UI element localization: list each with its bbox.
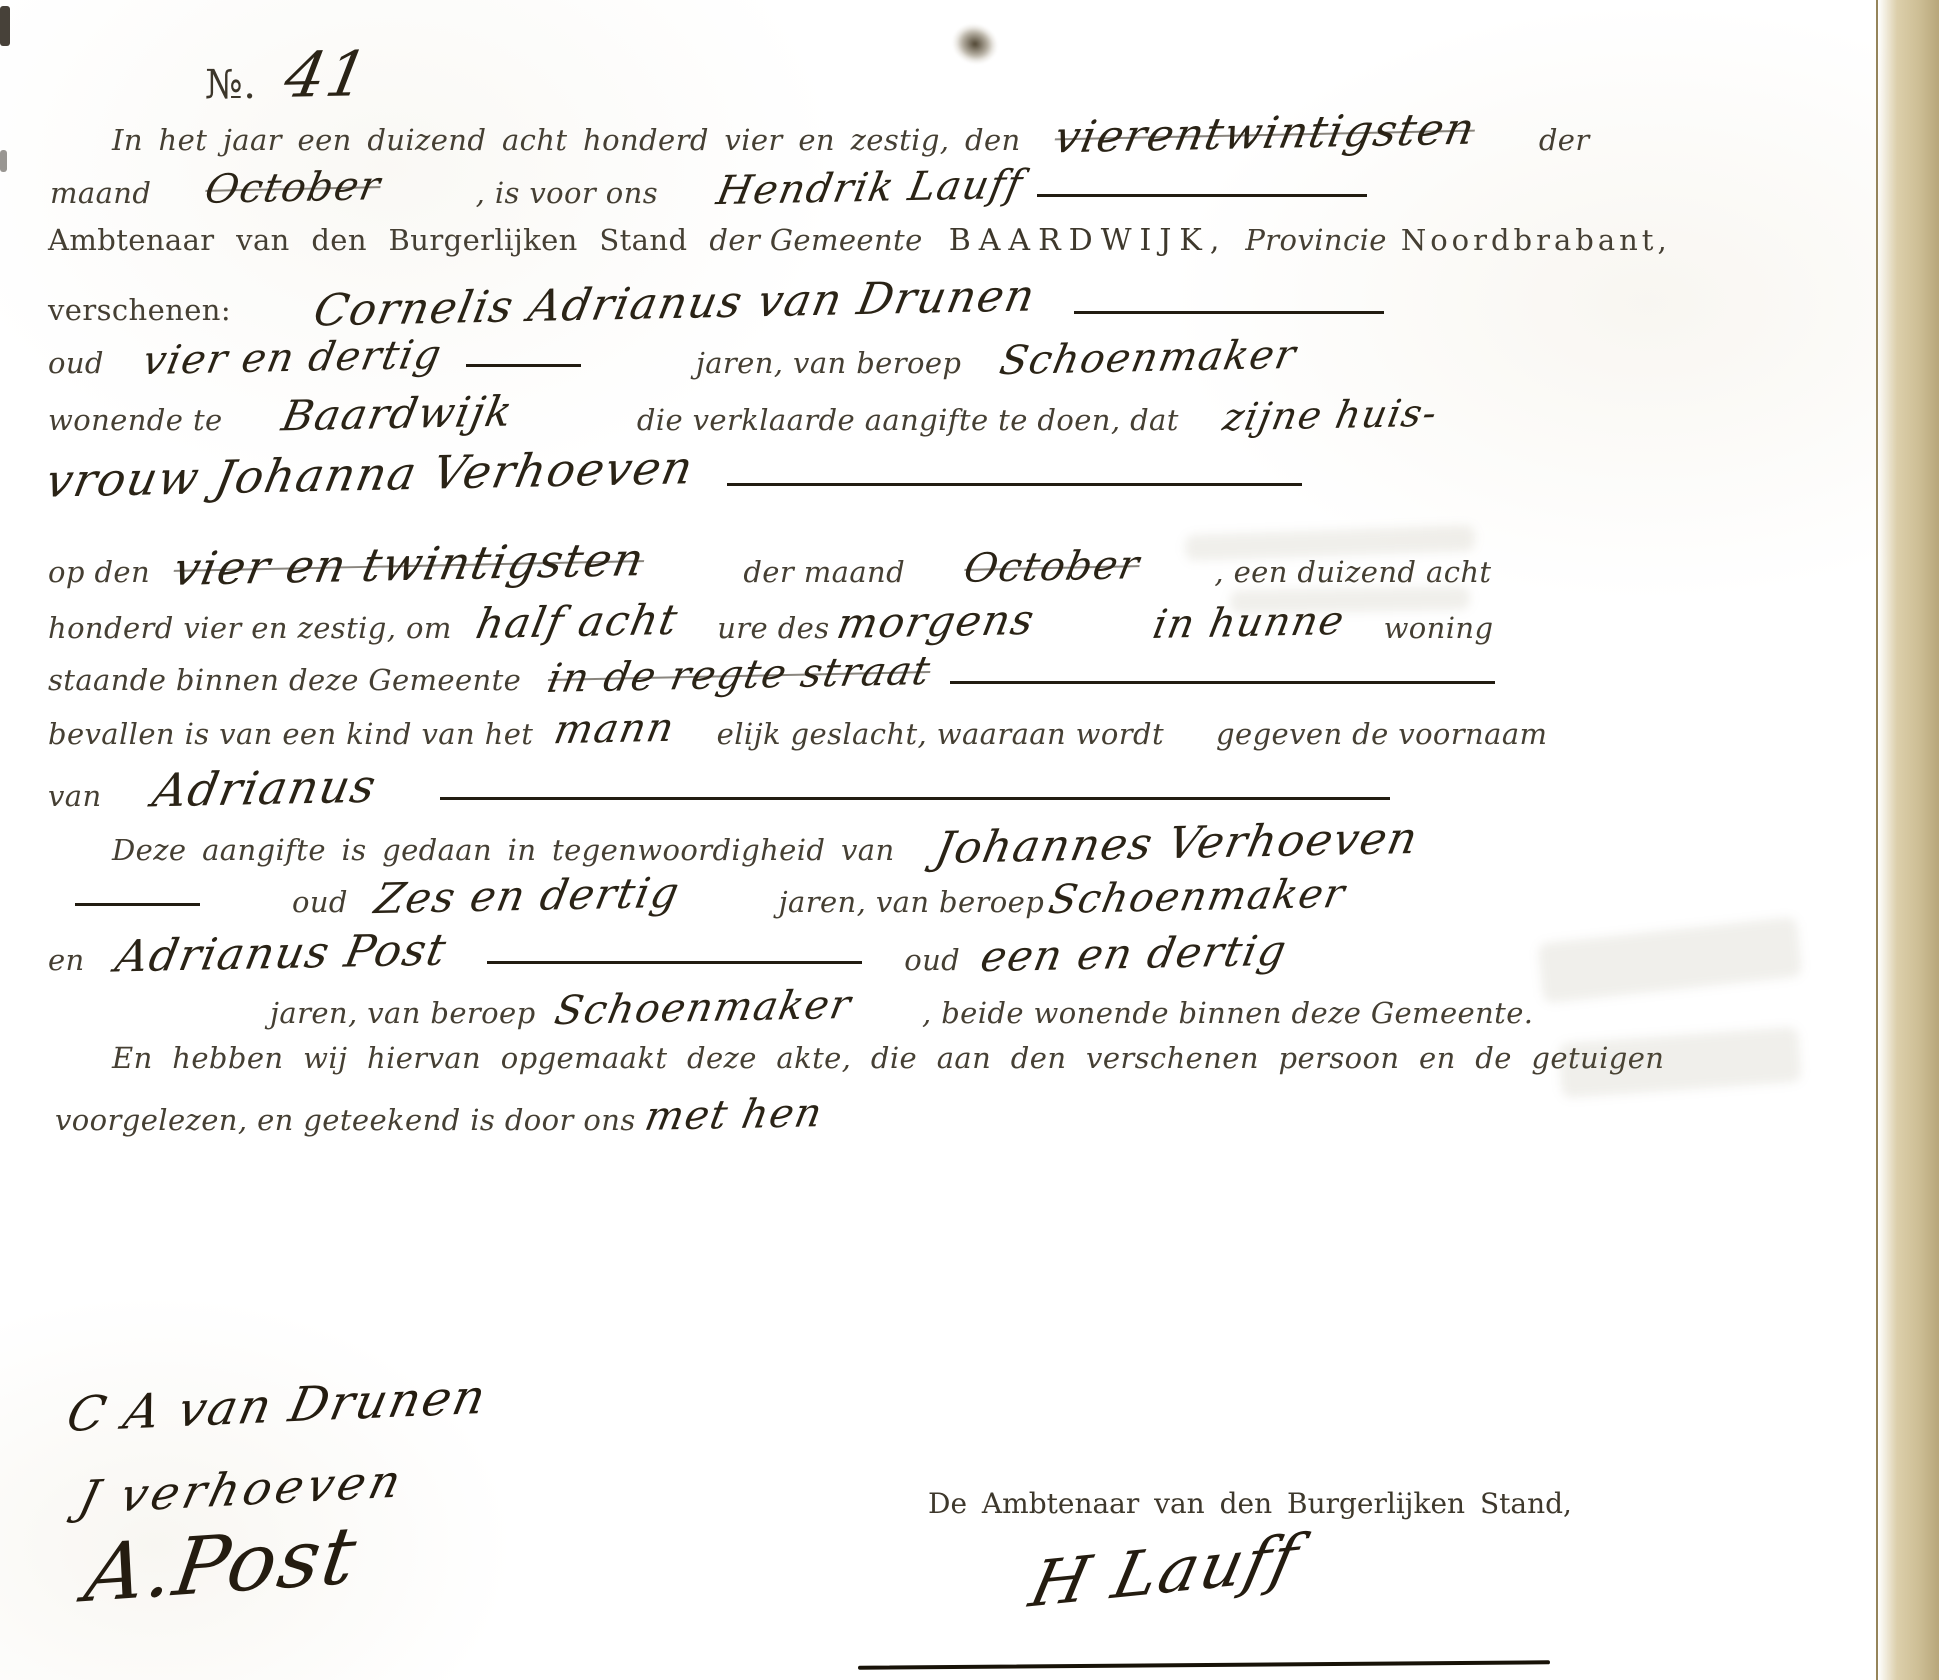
handwritten-age: vier en dertig — [138, 330, 446, 386]
printed-text: In het jaar een duizend acht honderd vie… — [112, 122, 1021, 158]
printed-text: jaren, van beroep — [779, 884, 1045, 920]
printed-text: Deze aangifte is gedaan in tegenwoordigh… — [112, 832, 895, 868]
handwritten-occupation: Schoenmaker — [996, 330, 1301, 386]
printed-text: oud — [904, 942, 960, 978]
line-witness1-age: oud Zes en dertig jaren, van beroep Scho… — [75, 872, 1345, 925]
line-month-registrar: maand October , is voor ons Hendrik Lauf… — [50, 165, 1367, 215]
line-child-gender: bevallen is van een kind van het mann el… — [48, 706, 1547, 756]
printed-text: wonende te — [48, 402, 223, 438]
line-municipality: Ambtenaar van den Burgerlijken Stand der… — [48, 222, 1671, 260]
printed-text: jaren, van beroep — [270, 995, 536, 1031]
bleed-through-smudge — [1230, 586, 1470, 614]
handwritten-witness1-name: Johannes Verhoeven — [930, 811, 1422, 876]
line-witness2-occupation: jaren, van beroep Schoenmaker , beide wo… — [270, 985, 1533, 1035]
printed-text: op den — [48, 554, 150, 590]
handwritten-mother-name: vrouw Johanna Verhoeven — [41, 439, 699, 510]
printed-text: van — [48, 778, 102, 814]
printed-text: oud — [292, 884, 348, 920]
printed-text: der Gemeente — [709, 222, 922, 258]
handwritten-child-name: Adrianus — [148, 758, 382, 820]
line-witness2-name-age: en Adrianus Post oud een en dertig — [48, 928, 1286, 983]
printed-text: ure des — [717, 610, 829, 646]
printed-text: staande binnen deze Gemeente — [48, 662, 521, 698]
line-closing-1: En hebben wij hiervan opgemaakt deze akt… — [112, 1040, 1664, 1076]
printed-text: , een duizend acht — [1214, 554, 1491, 590]
edge-speck — [0, 150, 7, 172]
handwritten-residence: Baardwijk — [277, 386, 517, 443]
printed-text: Ambtenaar van den Burgerlijken Stand — [48, 222, 687, 258]
handwritten-witness2-name: Adrianus Post — [111, 923, 452, 985]
blank-rule — [1037, 193, 1367, 197]
municipality-name: BAARDWIJK, — [949, 222, 1228, 260]
blank-rule — [75, 902, 200, 906]
printed-text: En hebben wij hiervan opgemaakt deze akt… — [112, 1040, 1664, 1076]
handwritten-birth-month: October — [960, 540, 1145, 594]
printed-text: gegeven de voornaam — [1216, 716, 1547, 752]
line-mother-name: vrouw Johanna Verhoeven — [48, 448, 1302, 506]
act-number: 41 — [279, 35, 376, 114]
blank-rule — [1074, 310, 1384, 314]
printed-text: bevallen is van een kind van het — [48, 716, 533, 752]
handwritten-daypart: morgens — [832, 594, 1039, 651]
signature-witness2: A.Post — [80, 1509, 364, 1620]
handwritten-day: vierentwintigsten — [1049, 102, 1480, 166]
blank-rule — [950, 680, 1495, 684]
line-declarant-name: verschenen: Cornelis Adrianus van Drunen — [48, 278, 1384, 333]
line-year-and-day: In het jaar een duizend acht honderd vie… — [112, 108, 1590, 163]
official-title: De Ambtenaar van den Burgerlijken Stand, — [928, 1487, 1572, 1520]
printed-text: , beide wonende binnen deze Gemeente. — [922, 995, 1533, 1031]
ink-blot — [947, 18, 1003, 70]
line-birth-address: staande binnen deze Gemeente in de regte… — [48, 652, 1495, 702]
printed-text: die verklaarde aangifte te doen, dat — [637, 402, 1179, 438]
handwritten-birth-time: half acht — [471, 594, 682, 651]
printed-text: en — [48, 942, 85, 978]
signature-declarant: C A van Drunen — [62, 1369, 492, 1443]
act-number-block: №. 41 — [205, 38, 368, 116]
line-witnesses-intro: Deze aangifte is gedaan in tegenwoordigh… — [112, 818, 1416, 873]
printed-text: oud — [48, 345, 104, 381]
blank-rule — [727, 482, 1302, 486]
handwritten-street: in de regte straat — [544, 646, 936, 704]
printed-text: woning — [1384, 610, 1494, 646]
printed-text: Provincie — [1245, 222, 1386, 258]
line-declarant-age-occupation: oud vier en dertig jaren, van beroep Sch… — [48, 335, 1296, 385]
printed-text: honderd vier en zestig, om — [48, 610, 452, 646]
printed-text: elijk geslacht, waaraan wordt — [717, 716, 1164, 752]
line-child-name: van Adrianus — [48, 762, 1390, 820]
handwritten-witness2-occupation: Schoenmaker — [550, 980, 855, 1036]
printed-text: der — [1539, 122, 1590, 158]
blank-rule — [466, 363, 581, 367]
handwritten-registrar-name: Hendrik Lauff — [713, 160, 1028, 216]
handwritten-declarant-name: Cornelis Adrianus van Drunen — [309, 268, 1040, 338]
signature-official: H Lauff — [1023, 1522, 1306, 1623]
blank-rule — [440, 796, 1390, 800]
printed-text: maand — [50, 175, 151, 211]
handwritten-text: met hen — [640, 1088, 826, 1142]
printed-text: , is voor ons — [476, 175, 658, 211]
province-name: Noordbrabant, — [1401, 222, 1671, 258]
printed-text: voorgelezen, en geteekend is door ons — [55, 1102, 636, 1138]
number-sign-label: №. — [205, 60, 256, 110]
printed-text: der maand — [743, 554, 905, 590]
line-closing-2: voorgelezen, en geteekend is door ons me… — [55, 1092, 822, 1142]
handwritten-witness1-occupation: Schoenmaker — [1045, 869, 1350, 925]
page-bottom-line — [858, 1660, 1550, 1669]
edge-speck — [0, 6, 10, 46]
handwritten-birth-day: vier en twintigsten — [169, 531, 650, 598]
birth-record-page: №. 41 In het jaar een duizend acht honde… — [0, 0, 1939, 1680]
printed-text: jaren, van beroep — [696, 345, 962, 381]
page-edge — [1876, 0, 1939, 1680]
blank-rule — [487, 960, 862, 964]
handwritten-text: zijne huis- — [1219, 390, 1442, 442]
line-declarant-residence: wonende te Baardwijk die verklaarde aang… — [48, 390, 1437, 443]
handwritten-witness1-age: Zes en dertig — [370, 867, 684, 926]
bleed-through-smudge — [1538, 917, 1803, 1004]
handwritten-witness2-age: een en dertig — [976, 925, 1291, 984]
handwritten-month: October — [201, 161, 386, 215]
printed-text: verschenen: — [48, 292, 231, 328]
bleed-through-smudge — [1558, 1027, 1801, 1099]
handwritten-gender: mann — [550, 703, 679, 755]
